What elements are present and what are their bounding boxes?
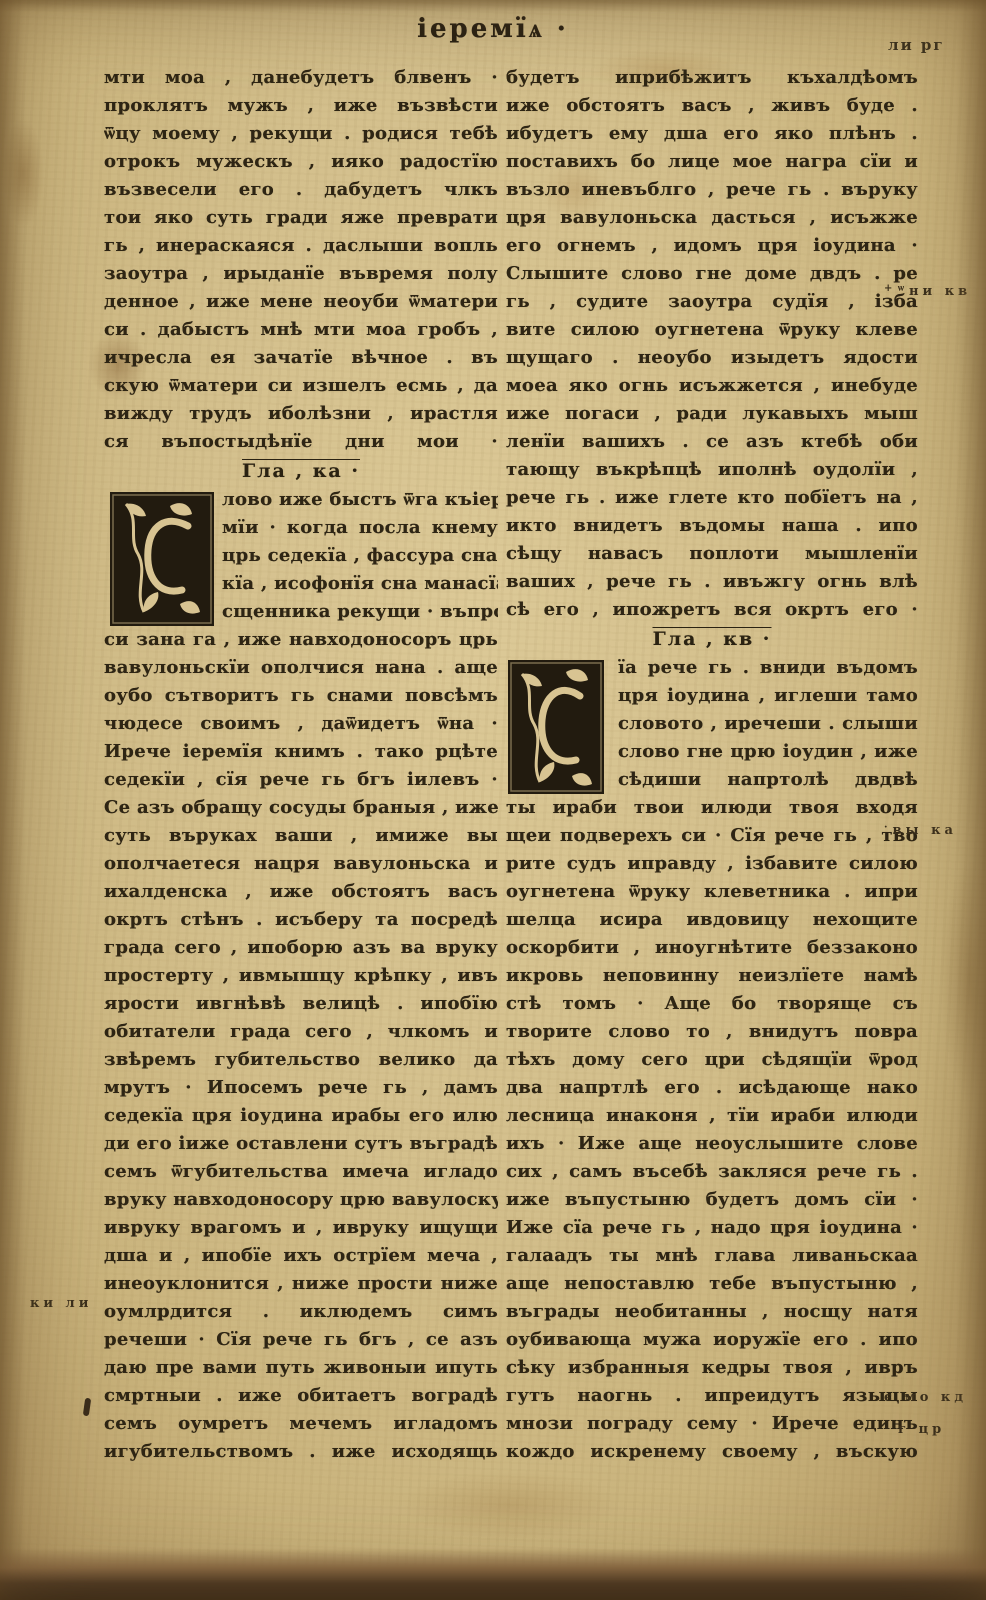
text-line: смртныи . иже обитаетъ воградѣ: [104, 1382, 498, 1410]
text-line: тои яко суть гради яже преврати: [104, 204, 498, 232]
left-lines-beside-initial: лово иже быстъ ѿга къіеремїи · когда пос…: [222, 486, 498, 626]
text-line: рите судъ иправду , ізбавите силою: [506, 850, 918, 878]
margin-note-cross-reference: ·вы ка: [884, 822, 957, 838]
text-line: въграды необитанны , носщу натя: [506, 1298, 918, 1326]
text-line: ѿцу моему , рекущи . родися тебѣ: [104, 120, 498, 148]
text-line: речеши · Сїя рече гь бгъ , се азъ: [104, 1326, 498, 1354]
text-line: галаадъ ты мнѣ глава ливаньскаа: [506, 1242, 918, 1270]
text-line: ибудетъ ему дша его яко плѣнъ .: [506, 120, 918, 148]
text-line: оугнетена ѿруку клеветника . ипри: [506, 878, 918, 906]
text-line: ихалденска , иже обстоятъ васъ: [104, 878, 498, 906]
text-line: ярости ивгнѣвѣ велицѣ . ипобїю: [104, 990, 498, 1018]
text-line: вите силою оугнетена ѿруку клеве: [506, 316, 918, 344]
left-text-column: мти моа , данебудетъ блвенъ ·проклятъ му…: [104, 64, 498, 1466]
chapter-heading-22: Гла , кв ·: [506, 624, 918, 654]
text-line: сѣку избранныя кедры твоя , ивръ: [506, 1354, 918, 1382]
text-line: даю пре вами путь живоныи ипуть: [104, 1354, 498, 1382]
margin-note-text: г цр: [898, 1422, 945, 1437]
text-line: проклятъ мужъ , иже възвѣсти: [104, 92, 498, 120]
text-line: рече гь . иже глете кто побїетъ на ,: [506, 484, 918, 512]
text-line: мти моа , данебудетъ блвенъ ·: [104, 64, 498, 92]
text-line: его огнемъ , идомъ цря іоудина ·: [506, 232, 918, 260]
text-line: заоутра , ирыданїе въвремя полу: [104, 260, 498, 288]
chapter-heading-21: Гла , ка ·: [104, 456, 498, 486]
text-line: възло иневъблго , рече гь . въруку: [506, 176, 918, 204]
book-page-scan: іеремїѧ · ли рг мти моа , данебудетъ блв…: [0, 0, 986, 1600]
text-line: цря іоудина , иглеши тамо: [618, 682, 918, 710]
text-line: суть въруках ваши , имиже вы: [104, 822, 498, 850]
right-lines-top: будетъ иприбѣжитъ къхалдѣомъиже обстоятъ…: [506, 64, 918, 624]
text-line: иже погаси , ради лукавыхъ мыш: [506, 400, 918, 428]
margin-note-text: ки ли: [30, 1296, 92, 1311]
text-line: Слышите слово гне доме двдъ . ре: [506, 260, 918, 288]
reference-mark: + ѡ: [884, 283, 905, 294]
text-line: гь , инераскаяся . даслыши вопль: [104, 232, 498, 260]
text-line: оубо сътворитъ гь снами повсѣмъ: [104, 682, 498, 710]
text-line: чюдесе своимъ , даѿидетъ ѿна ·: [104, 710, 498, 738]
margin-note-text: вы ка: [892, 823, 956, 838]
text-line: мрутъ · Ипосемъ рече гь , дамъ: [104, 1074, 498, 1102]
text-line: ваших , рече гь . ивъжгу огнь влѣ: [506, 568, 918, 596]
text-line: си зана га , иже навходоносоръ црь: [104, 626, 498, 654]
text-line: иже въпустыню будетъ домъ сїи ·: [506, 1186, 918, 1214]
text-line: игубительствомъ . иже исходящь: [104, 1438, 498, 1466]
text-line: вруку навходоносору црю вавулоску ,: [104, 1186, 498, 1214]
chapter-22-opening: їа рече гь . вниди въдомъцря іоудина , и…: [506, 654, 918, 794]
text-line: седекїи , сїя рече гь бгъ іилевъ ·: [104, 766, 498, 794]
text-line: семъ оумретъ мечемъ игладомъ: [104, 1410, 498, 1438]
page-edge-top: [0, 0, 986, 12]
text-line: сѣщу навасъ поплоти мышленїи: [506, 540, 918, 568]
left-lines-rest: си зана га , иже навходоносоръ црьвавуло…: [104, 626, 498, 1466]
text-line: щеи подверехъ си · Сїя рече гь , тво: [506, 822, 918, 850]
text-line: слово гне црю іоудин , иже: [618, 738, 918, 766]
text-line: денное , иже мене неоуби ѿматери: [104, 288, 498, 316]
text-line: Ирече іеремїя книмъ . тако рцѣте: [104, 738, 498, 766]
text-line: будетъ иприбѣжитъ къхалдѣомъ: [506, 64, 918, 92]
text-line: дша и , ипобїе ихъ острїем меча ,: [104, 1242, 498, 1270]
text-line: стѣ томъ · Аще бо творяще съ: [506, 990, 918, 1018]
reference-mark: ·: [884, 822, 888, 833]
text-line: ополчаетеся нацря вавулоньска и: [104, 850, 498, 878]
text-line: мнози пограду сему · Ирече единъ: [506, 1410, 918, 1438]
text-line: семъ ѿгубительства имеча игладо: [104, 1158, 498, 1186]
text-line: ты ираби твои илюди твоя входя: [506, 794, 918, 822]
margin-note-cross-reference: є мо кд: [884, 1390, 967, 1405]
text-line: тающу въкрѣпцѣ иполнѣ оудолїи ,: [506, 456, 918, 484]
text-line: тѣхъ дому сего цри сѣдящїи ѿрод: [506, 1046, 918, 1074]
text-line: града сего , ипоборю азъ ва вруку: [104, 934, 498, 962]
page-edge-bottom: [0, 1548, 986, 1600]
text-line: поставихъ бо лице мое награ сїи и: [506, 148, 918, 176]
text-line: творите слово то , внидутъ повра: [506, 1018, 918, 1046]
text-line: иже обстоятъ васъ , живъ буде .: [506, 92, 918, 120]
text-line: мїи · когда посла кнему: [222, 514, 498, 542]
text-line: кїа , исофонїя сна манасїа: [222, 570, 498, 598]
left-lines-top: мти моа , данебудетъ блвенъ ·проклятъ му…: [104, 64, 498, 456]
ornate-initial-icon: [508, 660, 604, 794]
text-line: вижду трудъ иболѣзни , ирастля: [104, 400, 498, 428]
text-line: вавулоньскїи ополчися нана . аще: [104, 654, 498, 682]
text-line: сих , самъ въсебѣ закляся рече гь .: [506, 1158, 918, 1186]
text-line: моеа яко огнь исъжжется , инебуде: [506, 372, 918, 400]
right-lines-beside-initial: їа рече гь . вниди въдомъцря іоудина , и…: [618, 654, 918, 794]
text-line: црь седекїа , фассура сна го: [222, 542, 498, 570]
text-line: ичресла ея зачатїе вѣчное . въ: [104, 344, 498, 372]
ink-blot: [83, 1398, 91, 1417]
text-line: ся въпостыдѣнїе дни мои ·: [104, 428, 498, 456]
text-line: ивруку врагомъ и , ивруку ищущи: [104, 1214, 498, 1242]
text-line: отрокъ мужескъ , ияко радостїю: [104, 148, 498, 176]
right-lines-rest: ты ираби твои илюди твоя входящеи подвер…: [506, 794, 918, 1466]
text-line: шелца исира ивдовицу нехощите: [506, 906, 918, 934]
page-edge-right: [956, 0, 986, 1600]
text-line: цря вавулоньска дасться , исъжже: [506, 204, 918, 232]
text-line: скую ѿматери си изшелъ есмь , да: [104, 372, 498, 400]
ornate-initial-icon: [110, 492, 214, 626]
text-line: сѣдиши напртолѣ двдвѣ: [618, 766, 918, 794]
text-line: словото , иречеши . слыши: [618, 710, 918, 738]
text-line: обитатели града сего , члкомъ и: [104, 1018, 498, 1046]
text-line: окртъ стѣнъ . исъберу та посредѣ: [104, 906, 498, 934]
text-line: аще непоставлю тебе въпустыню ,: [506, 1270, 918, 1298]
paper-stain: [400, 1470, 620, 1540]
text-line: щущаго . неоубо изыдетъ ядости: [506, 344, 918, 372]
text-line: сщенника рекущи · въпро: [222, 598, 498, 626]
margin-note-cross-reference: г цр: [898, 1422, 945, 1437]
chapter-21-opening: лово иже быстъ ѿга къіеремїи · когда пос…: [104, 486, 498, 626]
margin-note-cross-reference: ки ли: [30, 1296, 92, 1311]
text-line: простерту , ивмышцу крѣпку , ивъ: [104, 962, 498, 990]
text-line: икто внидетъ въдомы наша . ипо: [506, 512, 918, 540]
text-line: седекїа цря іоудина ирабы его илю: [104, 1102, 498, 1130]
text-line: инеоуклонится , ниже прости ниже: [104, 1270, 498, 1298]
text-line: лово иже быстъ ѿга къіере: [222, 486, 498, 514]
text-line: икровь неповинну неизлїете намѣ: [506, 962, 918, 990]
text-line: оумлрдится . иклюдемъ симъ: [104, 1298, 498, 1326]
text-line: оубивающа мужа иоружїе его . ипо: [506, 1326, 918, 1354]
text-line: ди его іиже оставлени сутъ въградѣ: [104, 1130, 498, 1158]
text-line: си . дабыстъ мнѣ мти моа гробъ ,: [104, 316, 498, 344]
text-line: їа рече гь . вниди въдомъ: [618, 654, 918, 682]
text-line: два напртлѣ его . исѣдающе нако: [506, 1074, 918, 1102]
text-line: гутъ наогнь . ипреидутъ языцы: [506, 1382, 918, 1410]
running-title: іеремїѧ ·: [0, 14, 986, 44]
text-line: ленїи вашихъ . се азъ ктебѣ оби: [506, 428, 918, 456]
folio-number: ли рг: [888, 36, 945, 54]
text-line: Се азъ обращу сосуды браныя , иже: [104, 794, 498, 822]
margin-note-text: є мо кд: [884, 1390, 967, 1405]
text-line: сѣ его , ипожретъ вся окртъ его ·: [506, 596, 918, 624]
text-line: ихъ · Иже аще неоуслышите слове: [506, 1130, 918, 1158]
right-text-column: будетъ иприбѣжитъ къхалдѣомъиже обстоятъ…: [506, 64, 918, 1466]
text-line: лесница инаконя , тїи ираби илюди: [506, 1102, 918, 1130]
text-line: оскорбити , иноугнѣтите беззаконо: [506, 934, 918, 962]
text-line: кождо искренему своему , въскую: [506, 1438, 918, 1466]
text-line: гь , судите заоутра судїя , ізба: [506, 288, 918, 316]
text-line: възвесели его . дабудетъ члкъ: [104, 176, 498, 204]
page-edge-left: [0, 0, 26, 1600]
text-line: Иже сїа рече гь , надо цря іоудина ·: [506, 1214, 918, 1242]
text-line: звѣремъ губительство велико да: [104, 1046, 498, 1074]
